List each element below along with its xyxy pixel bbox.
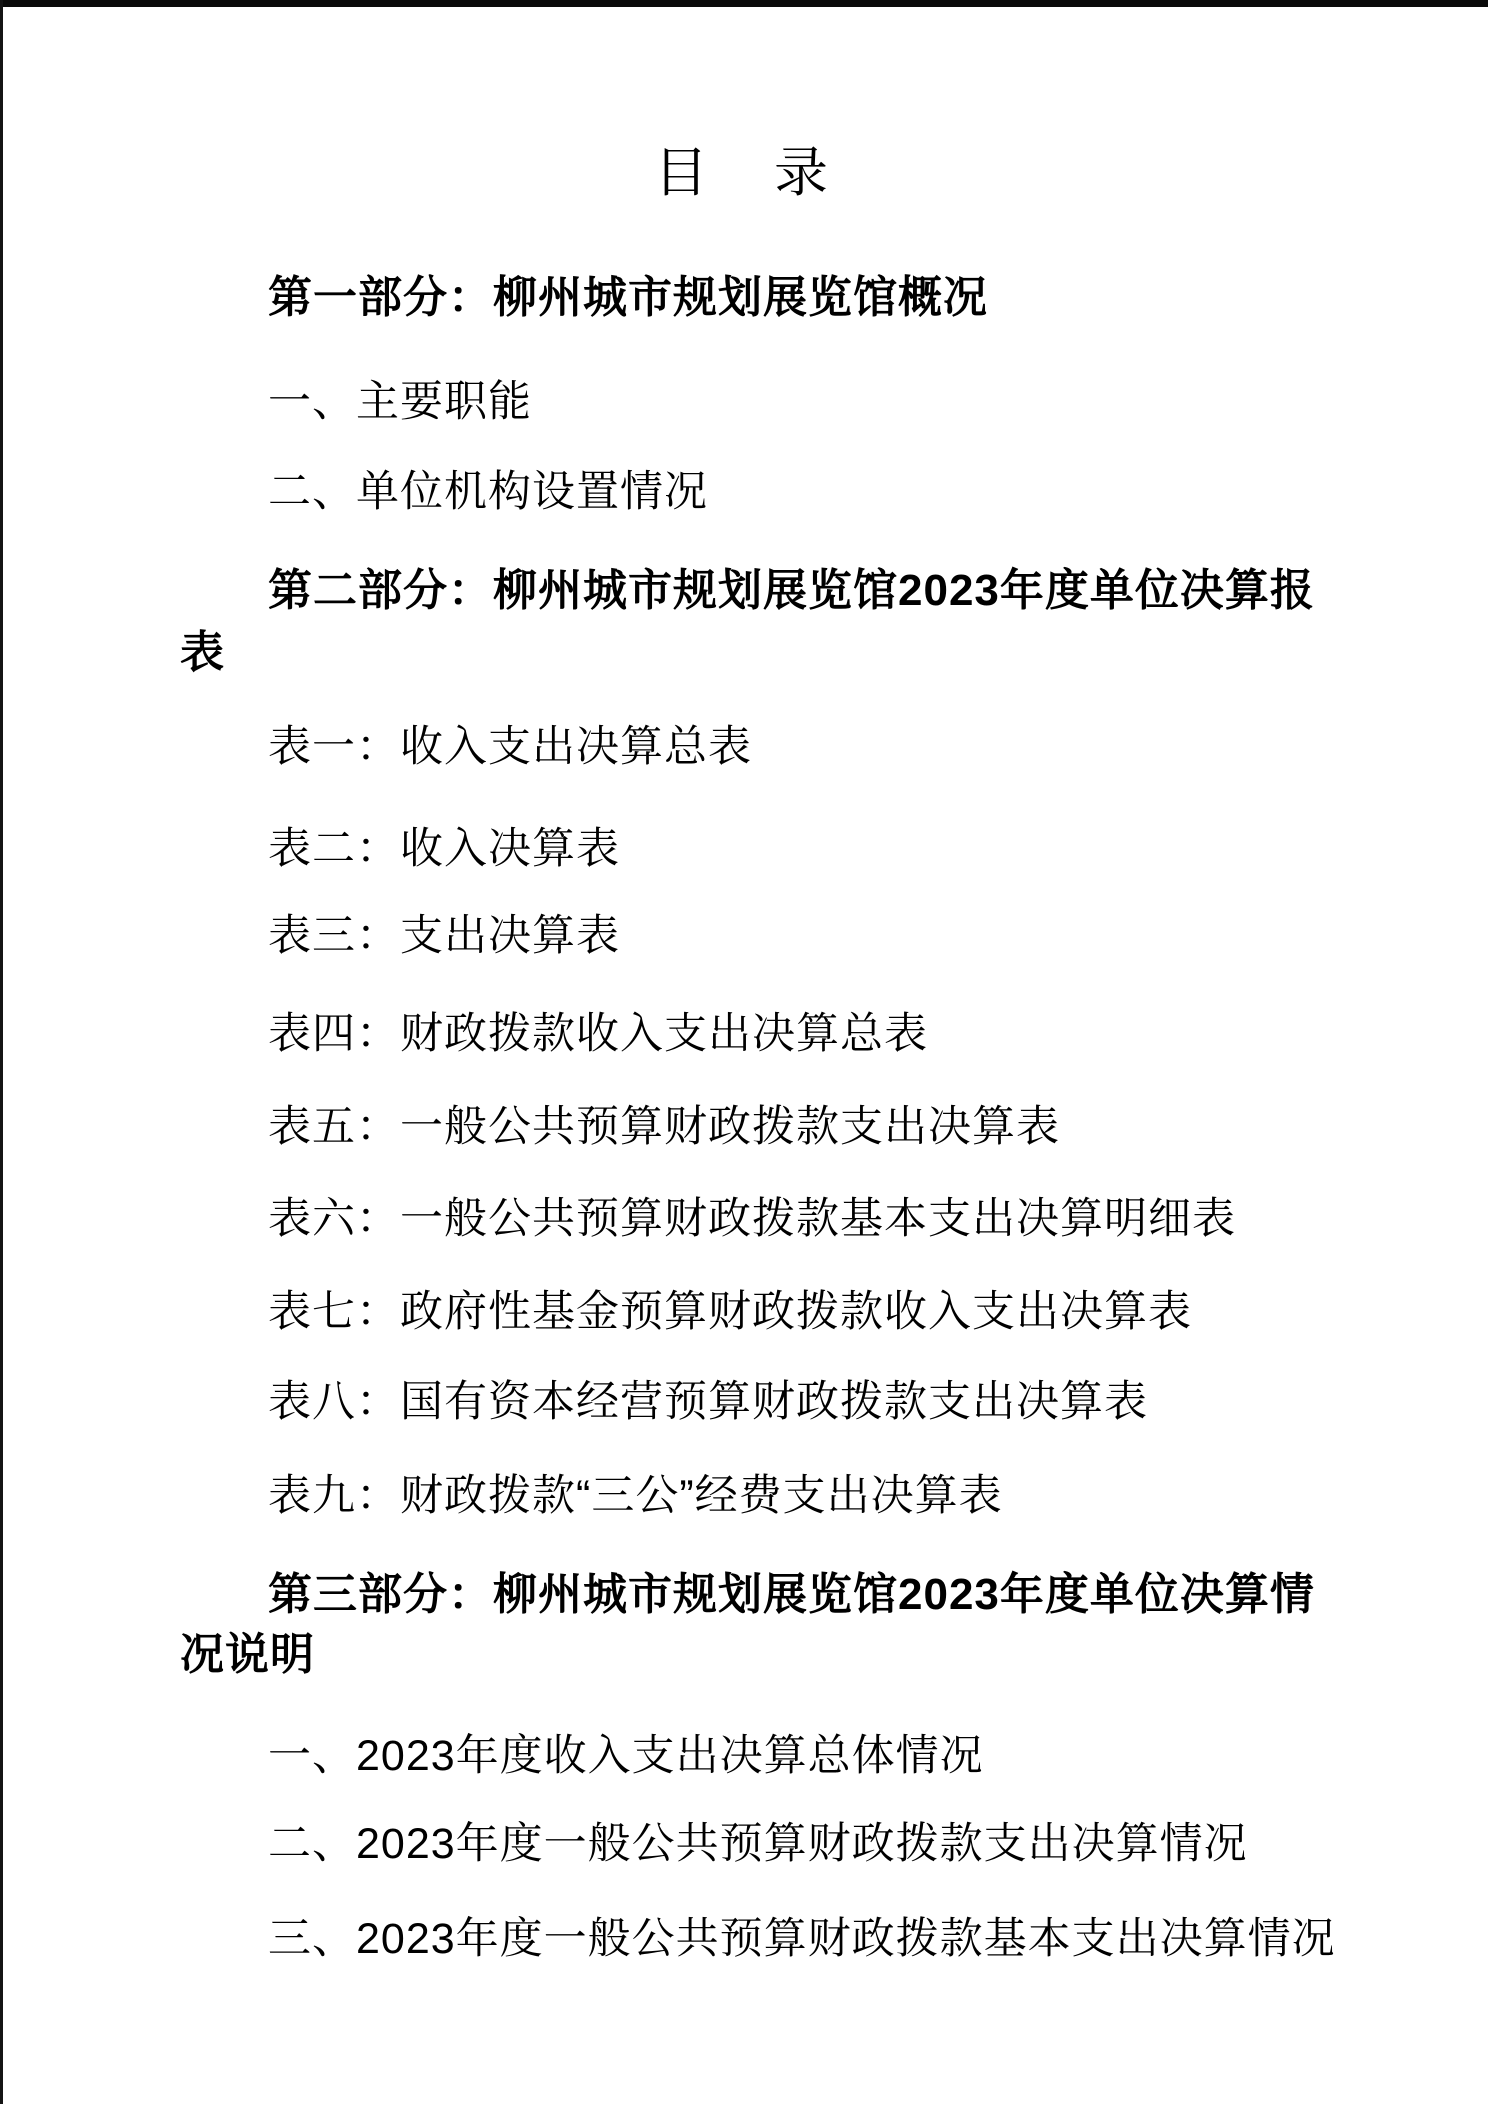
toc-item-table6: 表六：一般公共预算财政拨款基本支出决算明细表 [180,1194,1308,1245]
part3-item-general-budget-expenditure: 二、2023年度一般公共预算财政拨款支出决算情况 [180,1819,1308,1870]
page-left-edge [0,0,3,2104]
part1-item-org-structure: 二、单位机构设置情况 [180,467,1308,518]
toc-item-table7: 表七：政府性基金预算财政拨款收入支出决算表 [180,1287,1308,1338]
part1-item-main-duties: 一、主要职能 [180,377,1308,428]
toc-title: 目 录 [180,142,1308,206]
part2-heading-line1: 第二部分：柳州城市规划展览馆2023年度单位决算报 [180,565,1308,617]
document-page: 目 录 第一部分：柳州城市规划展览馆概况 一、主要职能 二、单位机构设置情况 第… [0,0,1488,2104]
part3-heading-line1: 第三部分：柳州城市规划展览馆2023年度单位决算情 [180,1569,1308,1621]
toc-item-table1: 表一：收入支出决算总表 [180,722,1308,773]
part3-item-basic-expenditure: 三、2023年度一般公共预算财政拨款基本支出决算情况 [180,1914,1308,1965]
page-top-edge [0,0,1488,7]
part2-heading-line2: 表 [180,627,1308,679]
toc-item-table3: 表三：支出决算表 [180,911,1308,962]
toc-item-table9: 表九：财政拨款“三公”经费支出决算表 [180,1471,1308,1522]
toc-item-table4: 表四：财政拨款收入支出决算总表 [180,1009,1308,1060]
part3-heading-line2: 况说明 [180,1629,1308,1681]
toc-item-table2: 表二：收入决算表 [180,824,1308,875]
part1-heading: 第一部分：柳州城市规划展览馆概况 [180,272,1308,324]
toc-item-table5: 表五：一般公共预算财政拨款支出决算表 [180,1102,1308,1153]
toc-item-table8: 表八：国有资本经营预算财政拨款支出决算表 [180,1377,1308,1428]
part3-item-overall-situation: 一、2023年度收入支出决算总体情况 [180,1731,1308,1782]
